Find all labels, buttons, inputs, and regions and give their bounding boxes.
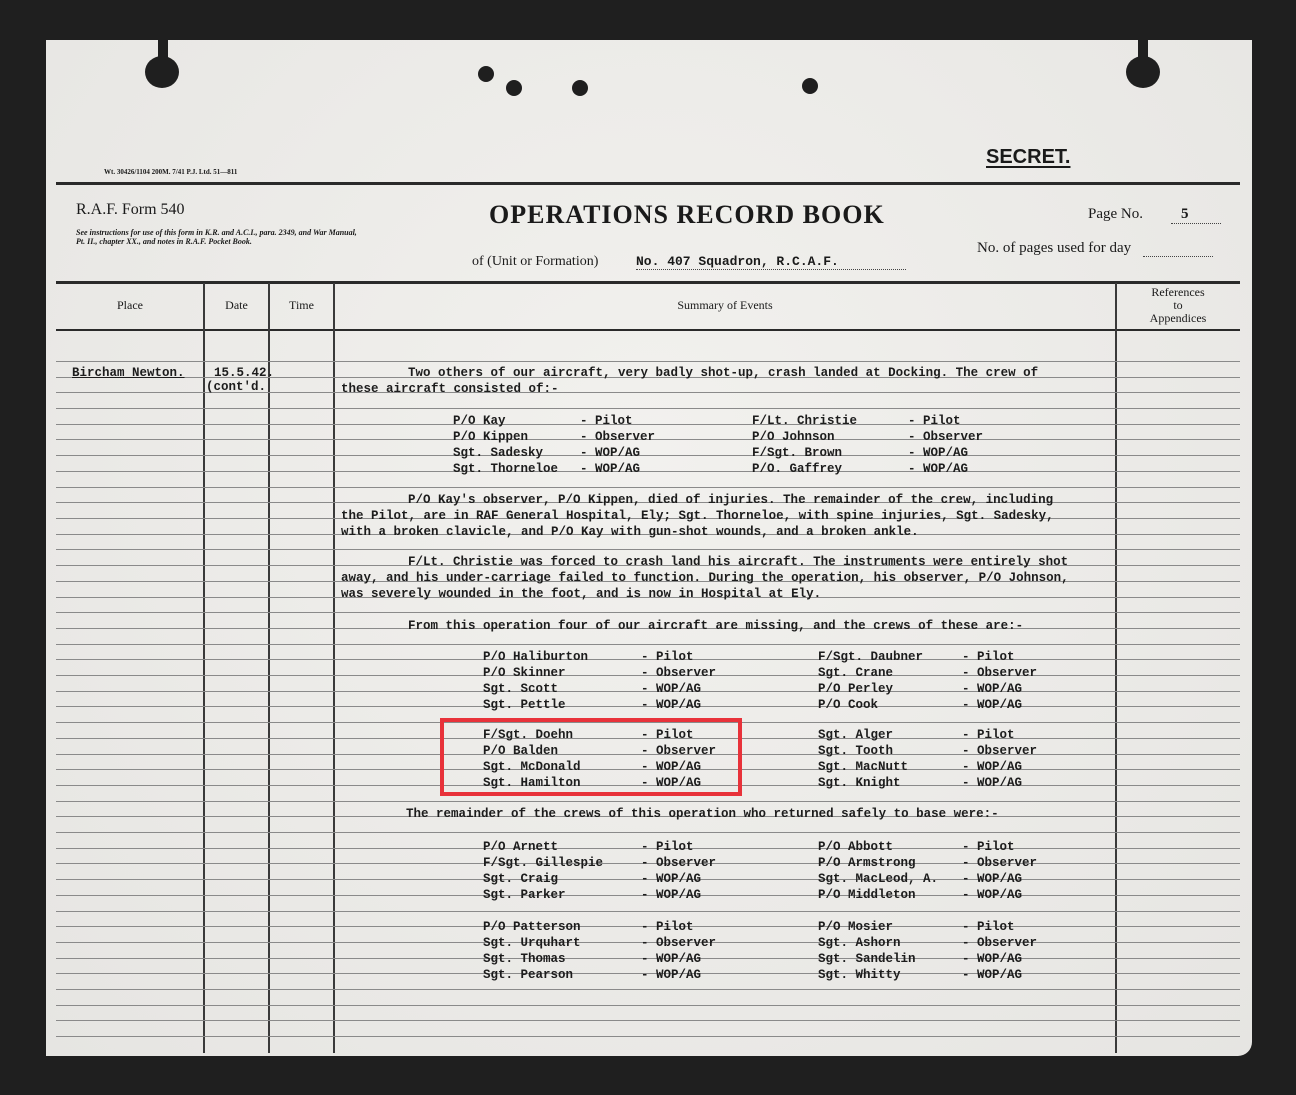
crew-name: P/O Patterson: [483, 920, 641, 936]
pages-used-value: [1143, 240, 1213, 257]
ruled-line: [56, 1005, 1240, 1006]
column-divider: [268, 283, 270, 1053]
crew-name: Sgt. Pearson: [483, 968, 641, 984]
crew-name: F/Sgt. Brown: [752, 446, 908, 462]
crew-role: - Observer: [580, 430, 655, 446]
table-header-rule: [56, 329, 1240, 331]
crew-role: - Pilot: [962, 920, 1015, 936]
punch-hole: [572, 80, 588, 96]
crew-name: P/O Abbott: [818, 840, 962, 856]
ruled-line: [56, 549, 1240, 550]
ruled-line: [56, 408, 1240, 409]
crew-role: - Observer: [908, 430, 983, 446]
crew-role: - WOP/AG: [580, 462, 640, 478]
crew-name: Sgt. Crane: [818, 666, 962, 682]
crew-role: - Observer: [962, 666, 1037, 682]
crew-name: P/O Skinner: [483, 666, 641, 682]
crew-name: Sgt. Thomas: [483, 952, 641, 968]
crew-role: - Pilot: [962, 728, 1015, 744]
punch-hole: [478, 66, 494, 82]
returned-crew-2-right: P/O Abbott- Pilot P/O Armstrong- Observe…: [818, 840, 1037, 904]
crew-role: - Pilot: [962, 840, 1015, 856]
ruled-line: [56, 1020, 1240, 1021]
entry-date: 15.5.42.: [214, 366, 274, 380]
crew-name: F/Sgt. Daubner: [818, 650, 962, 666]
crew-role: - WOP/AG: [962, 872, 1022, 888]
crew-role: - Pilot: [641, 920, 694, 936]
crew-name: Sgt. Craig: [483, 872, 641, 888]
crew-name: P/O Armstrong: [818, 856, 962, 872]
classification-label: SECRET.: [986, 146, 1070, 169]
crew-role: - WOP/AG: [908, 446, 968, 462]
summary-para5: The remainder of the crews of this opera…: [406, 807, 999, 821]
record-page: Wt. 30426/1104 200M. 7/41 P.J. Ltd. 51—8…: [46, 40, 1252, 1056]
references-line: Appendices: [1116, 312, 1240, 325]
crew-name: P/O Perley: [818, 682, 962, 698]
crew-name: Sgt. Sadesky: [453, 446, 580, 462]
crew-name: Sgt. Thorneloe: [453, 462, 580, 478]
summary-para3-line2: away, and his under-carriage failed to f…: [341, 571, 1069, 585]
ruled-line: [56, 487, 1240, 488]
ruled-line: [56, 801, 1240, 802]
ruled-line: [56, 361, 1240, 362]
page-no-value: 5: [1171, 206, 1221, 224]
crew-role: - Pilot: [962, 650, 1015, 666]
form-instructions: See instructions for use of this form in…: [76, 228, 366, 246]
ruled-line: [56, 832, 1240, 833]
missing-crew-1-left: P/O Haliburton- Pilot P/O Skinner- Obser…: [483, 650, 716, 714]
crew-name: P/O Arnett: [483, 840, 641, 856]
crew-name: Sgt. Urquhart: [483, 936, 641, 952]
summary-para1-line1: Two others of our aircraft, very badly s…: [408, 366, 1038, 380]
crew-name: P/O Haliburton: [483, 650, 641, 666]
crew-role: - WOP/AG: [962, 968, 1022, 984]
crew-name: P/O Kay: [453, 414, 580, 430]
crew-name: P/O Cook: [818, 698, 962, 714]
column-divider: [203, 283, 205, 1053]
header-rule: [56, 182, 1240, 185]
crew-role: - Observer: [962, 744, 1037, 760]
missing-crew-2-right: F/Sgt. Daubner- Pilot Sgt. Crane- Observ…: [818, 650, 1037, 714]
column-header-references: References to Appendices: [1116, 286, 1240, 325]
summary-para2-line2: the Pilot, are in RAF General Hospital, …: [341, 509, 1054, 523]
column-header-time: Time: [269, 298, 334, 313]
crew-name: Sgt. Parker: [483, 888, 641, 904]
pages-used-label: No. of pages used for day: [977, 240, 1131, 257]
crew-name: P/O Johnson: [752, 430, 908, 446]
print-reference: Wt. 30426/1104 200M. 7/41 P.J. Ltd. 51—8…: [104, 168, 237, 176]
crew-name: Sgt. Scott: [483, 682, 641, 698]
crew-name: Sgt. MacLeod, A.: [818, 872, 962, 888]
summary-para4: From this operation four of our aircraft…: [408, 619, 1023, 633]
summary-para3-line1: F/Lt. Christie was forced to crash land …: [408, 555, 1068, 569]
entry-place: Bircham Newton.: [72, 366, 185, 380]
crew-role: - Pilot: [580, 414, 633, 430]
page-title: OPERATIONS RECORD BOOK: [489, 200, 885, 230]
crash-crew-left: P/O Kay- Pilot P/O Kippen- Observer Sgt.…: [453, 414, 655, 478]
ruled-line: [56, 612, 1240, 613]
punch-hole: [802, 78, 818, 94]
crew-role: - WOP/AG: [962, 888, 1022, 904]
crew-role: - Observer: [641, 936, 716, 952]
crew-role: - WOP/AG: [641, 872, 701, 888]
form-number: R.A.F. Form 540: [76, 201, 185, 219]
column-header-summary: Summary of Events: [334, 298, 1116, 313]
punch-hole: [506, 80, 522, 96]
column-header-date: Date: [204, 298, 269, 313]
crew-role: - WOP/AG: [641, 682, 701, 698]
crew-role: - Observer: [641, 856, 716, 872]
crew-role: - WOP/AG: [641, 952, 701, 968]
ruled-line: [56, 644, 1240, 645]
summary-para1-line2: these aircraft consisted of:-: [341, 382, 559, 396]
crew-name: Sgt. Tooth: [818, 744, 962, 760]
crew-role: - WOP/AG: [641, 888, 701, 904]
crew-role: - WOP/AG: [641, 968, 701, 984]
returned-crew-1-left: P/O Arnett- Pilot F/Sgt. Gillespie- Obse…: [483, 840, 716, 904]
column-divider: [1115, 283, 1117, 1053]
summary-para2-line1: P/O Kay's observer, P/O Kippen, died of …: [408, 493, 1053, 507]
binder-hole-right: [1126, 56, 1160, 88]
returned-crew-3-left: P/O Patterson- Pilot Sgt. Urquhart- Obse…: [483, 920, 716, 984]
crew-role: - Pilot: [641, 650, 694, 666]
crew-role: - WOP/AG: [962, 682, 1022, 698]
crew-role: - WOP/AG: [908, 462, 968, 478]
crew-name: F/Lt. Christie: [752, 414, 908, 430]
unit-value: No. 407 Squadron, R.C.A.F.: [636, 254, 906, 270]
crew-name: Sgt. Alger: [818, 728, 962, 744]
unit-label: of (Unit or Formation): [472, 254, 598, 270]
crew-name: Sgt. Whitty: [818, 968, 962, 984]
binder-hole-left: [145, 56, 179, 88]
crew-name: Sgt. Ashorn: [818, 936, 962, 952]
crew-role: - WOP/AG: [962, 698, 1022, 714]
crew-role: - WOP/AG: [641, 698, 701, 714]
crew-name: Sgt. MacNutt: [818, 760, 962, 776]
crew-role: - Observer: [641, 666, 716, 682]
crew-role: - WOP/AG: [962, 760, 1022, 776]
crew-name: P/O. Gaffrey: [752, 462, 908, 478]
crew-name: F/Sgt. Gillespie: [483, 856, 641, 872]
table-top-rule: [56, 281, 1240, 284]
ruled-line: [56, 911, 1240, 912]
summary-para2-line3: with a broken clavicle, and P/O Kay with…: [341, 525, 919, 539]
crew-name: Sgt. Sandelin: [818, 952, 962, 968]
crew-name: P/O Middleton: [818, 888, 962, 904]
summary-para3-line3: was severely wounded in the foot, and is…: [341, 587, 821, 601]
crew-name: Sgt. Pettle: [483, 698, 641, 714]
page-no-label: Page No.: [1088, 206, 1143, 223]
crew-role: - Pilot: [641, 840, 694, 856]
highlight-box: [440, 718, 742, 796]
crew-name: Sgt. Knight: [818, 776, 962, 792]
crew-role: - WOP/AG: [962, 952, 1022, 968]
crew-role: - WOP/AG: [580, 446, 640, 462]
crash-crew-right: F/Lt. Christie- Pilot P/O Johnson- Obser…: [752, 414, 983, 478]
returned-crew-4-right: P/O Mosier- Pilot Sgt. Ashorn- Observer …: [818, 920, 1037, 984]
missing-crew-4-right: Sgt. Alger- Pilot Sgt. Tooth- Observer S…: [818, 728, 1037, 792]
crew-name: P/O Kippen: [453, 430, 580, 446]
crew-role: - WOP/AG: [962, 776, 1022, 792]
crew-role: - Observer: [962, 856, 1037, 872]
entry-date-note: (cont'd.: [206, 380, 266, 394]
crew-role: - Pilot: [908, 414, 961, 430]
crew-name: P/O Mosier: [818, 920, 962, 936]
ruled-line: [56, 989, 1240, 990]
column-divider: [333, 283, 335, 1053]
ruled-line: [56, 1036, 1240, 1037]
crew-role: - Observer: [962, 936, 1037, 952]
column-header-place: Place: [56, 298, 204, 313]
